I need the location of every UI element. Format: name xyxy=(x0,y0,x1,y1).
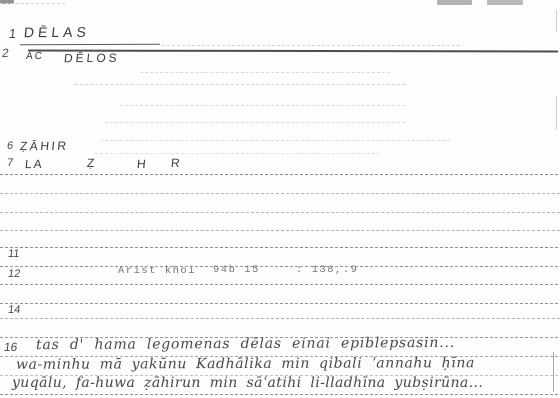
ruled-line xyxy=(120,105,405,106)
ruled-line xyxy=(0,284,558,285)
ruled-line xyxy=(0,247,558,248)
entry-number-6: 6 xyxy=(6,140,14,152)
ruled-line xyxy=(140,72,390,73)
ruled-line xyxy=(0,230,560,231)
index-card-scan: 1 DĒLAS 2 AC DĒLOS 6 ẒĀHIR 7 LA Ẓ H R 11… xyxy=(0,0,560,398)
ruled-line xyxy=(0,394,558,395)
ruled-line xyxy=(0,318,560,319)
entry-number-2: 2 xyxy=(1,46,10,60)
ruled-line xyxy=(0,3,65,4)
arabic-gloss-line-1: wa-minhu mā yakūnu Kadhālika min qibali … xyxy=(16,355,475,373)
entry-number-11: 11 xyxy=(7,248,20,260)
ruled-line xyxy=(0,266,558,267)
root-letter-h: H xyxy=(136,157,146,171)
ruled-line xyxy=(0,212,560,213)
ruled-line xyxy=(0,193,560,194)
card-edge-mark xyxy=(553,352,554,392)
ruled-line xyxy=(95,153,380,154)
greek-gloss-line: tas d' hama legomenas dēlas einai epible… xyxy=(36,335,455,353)
root-letter-r: R xyxy=(170,156,180,170)
ruled-line xyxy=(105,122,405,123)
citation-locus: 94b 15 xyxy=(213,264,260,276)
scan-smudge xyxy=(487,0,523,5)
ruled-line xyxy=(20,44,160,45)
headword-zahir: ẒĀHIR xyxy=(19,139,69,153)
entry-abbr-ac: AC xyxy=(25,51,44,62)
entry-number-16: 16 xyxy=(3,340,18,354)
arabic-gloss-line-2: yuqālu, fa-huwa ẓāhirun min sāʿatihi li-… xyxy=(12,375,483,391)
root-letter-la: LA xyxy=(24,157,44,171)
headword-delos: DĒLOS xyxy=(63,51,120,65)
scan-smudge xyxy=(437,0,472,5)
root-letter-z: Ẓ xyxy=(86,156,95,170)
ruled-line xyxy=(0,174,558,175)
entry-number-1: 1 xyxy=(8,26,17,41)
ruled-line xyxy=(162,45,460,46)
citation-page: : 138,.9 xyxy=(296,264,358,276)
entry-number-7: 7 xyxy=(6,157,14,169)
citation-work: Arist khoi xyxy=(118,265,196,277)
headword-delas: DĒLAS xyxy=(23,24,91,40)
card-edge-mark xyxy=(556,96,557,130)
ruled-line xyxy=(0,303,558,304)
entry-number-14: 14 xyxy=(7,304,21,316)
ruled-line xyxy=(100,140,450,141)
card-edge-mark xyxy=(556,10,557,32)
ruled-line xyxy=(75,84,405,85)
entry-number-12: 12 xyxy=(7,268,21,280)
